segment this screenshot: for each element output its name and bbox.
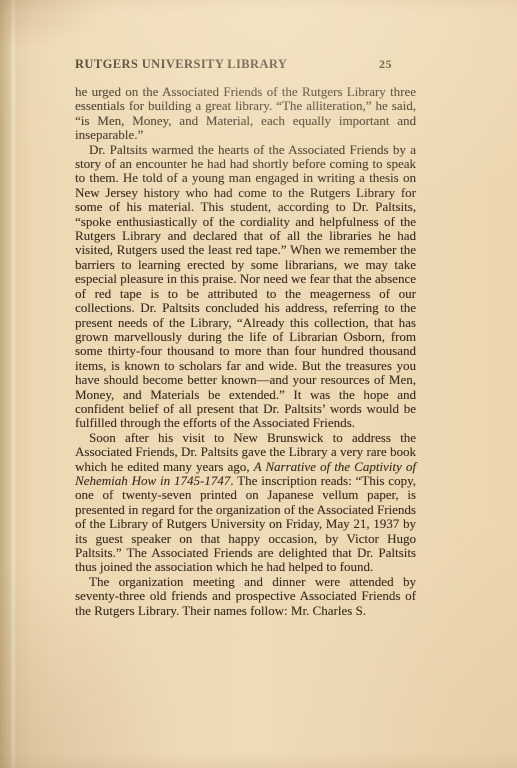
page-number: 25 [379,57,392,72]
header-title: RUTGERS UNIVERSITY LIBRARY [75,57,287,72]
body-text: he urged on the Associated Friends of th… [75,85,416,618]
running-header: RUTGERS UNIVERSITY LIBRARY 25 [75,57,416,72]
paragraph-paltsits-address: Dr. Paltsits warmed the hearts of the As… [75,143,416,431]
scanned-book-page: { "colors": { "paper": "#eedbb6", "paper… [0,0,517,768]
paragraph-organization-meeting: The organization meeting and dinner were… [75,575,416,618]
paragraph-continuation: he urged on the Associated Friends of th… [75,85,416,143]
paragraph-text-segment: . The inscription reads: “This copy, one… [75,473,416,574]
book-page-scan: RUTGERS UNIVERSITY LIBRARY 25 he urged o… [0,0,517,768]
paragraph-rare-book-gift: Soon after his visit to New Brunswick to… [75,431,416,575]
text-block: RUTGERS UNIVERSITY LIBRARY 25 he urged o… [75,57,416,618]
